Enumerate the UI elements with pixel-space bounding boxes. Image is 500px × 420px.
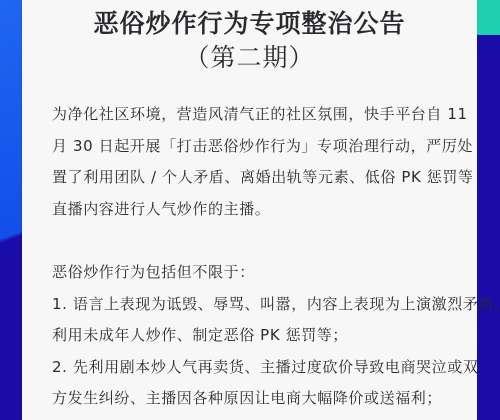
behavior-list: 恶俗炒作行为包括但不限于： 1. 语言上表现为诋毁、辱骂、叫嚣，内容上表现为上演… [52, 257, 472, 415]
intro-line: 为净化社区环境，营造风清气正的社区氛围，快手平台自 11 [52, 99, 472, 131]
list-item: 1. 语言上表现为诋毁、辱骂、叫嚣，内容上表现为上演激烈矛盾、 [52, 289, 472, 321]
intro-line: 月 30 日起开展「打击恶俗炒作行为」专项治理行动，严厉处 [52, 131, 472, 163]
intro-paragraph: 为净化社区环境，营造风清气正的社区氛围，快手平台自 11 月 30 日起开展「打… [52, 99, 472, 225]
announcement-subtitle: （第二期） [22, 38, 477, 74]
list-item: 2. 先利用剧本炒人气再卖货、主播过度砍价导致电商哭泣或双 [52, 352, 472, 384]
intro-line: 直播内容进行人气炒作的主播。 [52, 194, 472, 226]
intro-line: 置了利用团队 / 个人矛盾、离婚出轨等元素、低俗 PK 惩罚等 [52, 162, 472, 194]
announcement-card: 恶俗炒作行为专项整治公告 （第二期） 为净化社区环境，营造风清气正的社区氛围，快… [22, 0, 477, 420]
list-item: 利用未成年人炒作、制定恶俗 PK 惩罚等； [52, 320, 472, 352]
announcement-title: 恶俗炒作行为专项整治公告 [22, 4, 477, 40]
list-item: 方发生纠纷、主播因各种原因让电商大幅降价或送福利； [52, 383, 472, 415]
list-heading: 恶俗炒作行为包括但不限于： [52, 257, 472, 289]
